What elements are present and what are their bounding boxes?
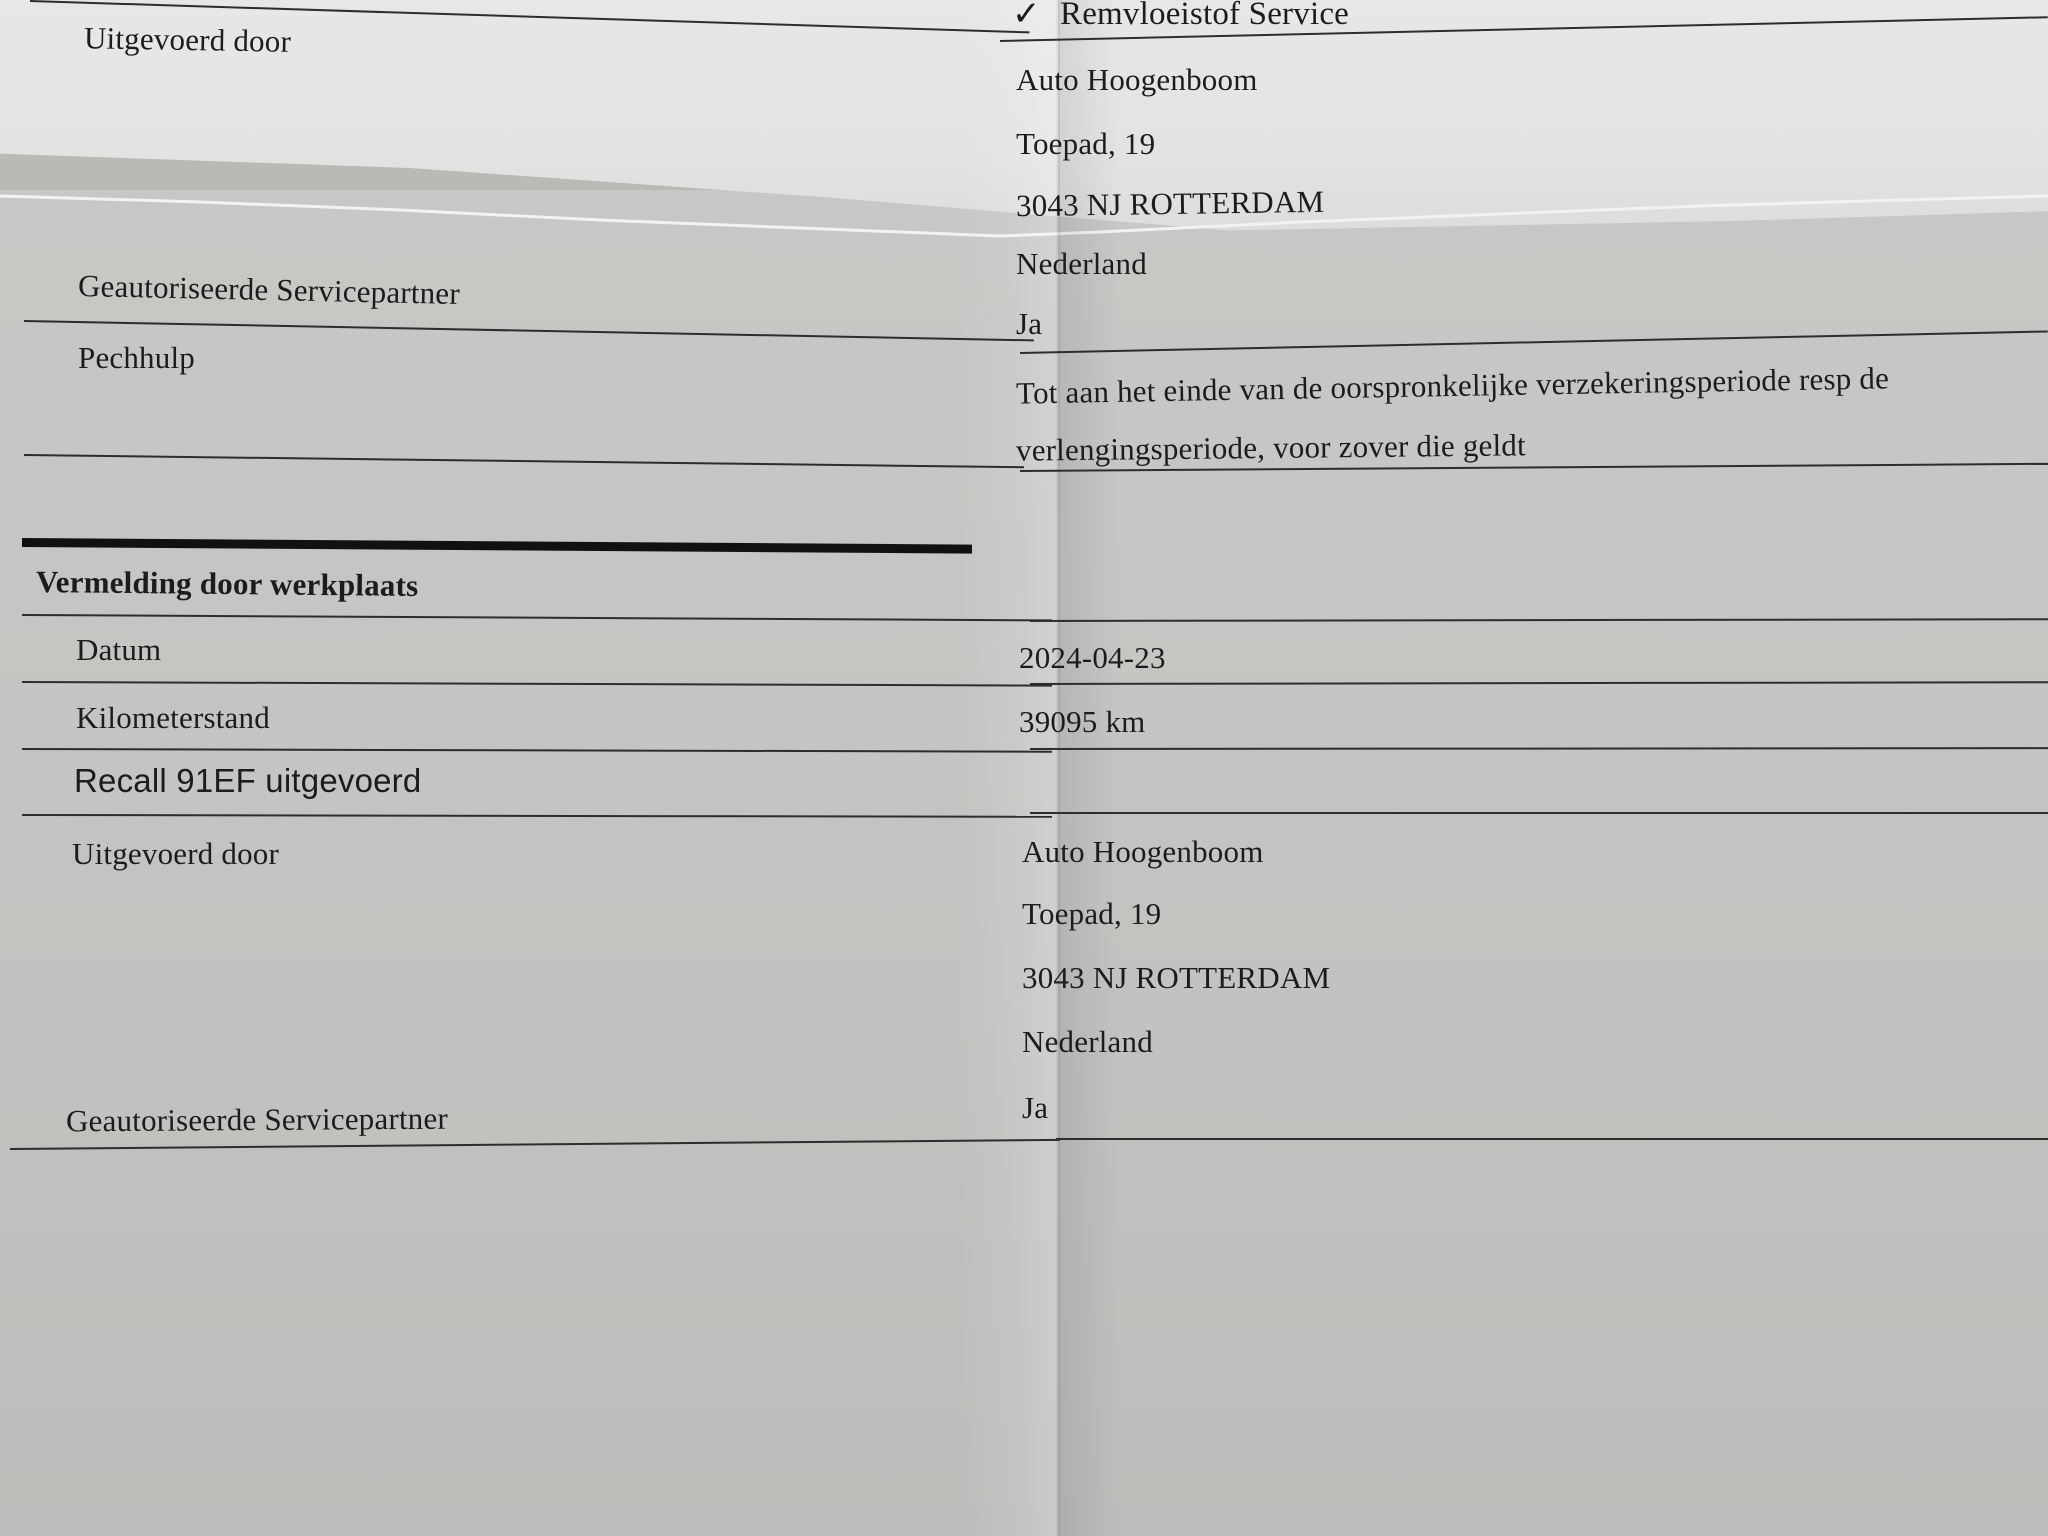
workshop-address-line: Auto Hoogenboom xyxy=(1022,834,1264,870)
recall-label: Recall 91EF uitgevoerd xyxy=(74,762,421,800)
performed-by-address-line: Toepad, 19 xyxy=(1016,126,1155,162)
table-rule xyxy=(10,1139,1060,1150)
odometer-value: 39095 km xyxy=(1019,704,1145,740)
table-rule xyxy=(22,748,1052,753)
odometer-label: Kilometerstand xyxy=(76,700,270,736)
checkmark-icon: ✓ xyxy=(1012,0,1041,34)
roadside-assistance-value-line: Tot aan het einde van de oorspronkelijke… xyxy=(1016,360,1890,411)
table-rule xyxy=(1030,747,2048,750)
roadside-assistance-label: Pechhulp xyxy=(78,340,195,376)
workshop-performed-by-label: Uitgevoerd door xyxy=(72,836,279,872)
performed-by-label: Uitgevoerd door xyxy=(84,20,292,60)
workshop-authorized-partner-label: Geautoriseerde Servicepartner xyxy=(66,1101,448,1140)
workshop-authorized-partner-value: Ja xyxy=(1022,1090,1048,1126)
authorized-partner-label: Geautoriseerde Servicepartner xyxy=(78,268,461,312)
date-label: Datum xyxy=(76,632,161,668)
workshop-section-heading: Vermelding door werkplaats xyxy=(36,564,419,604)
roadside-assistance-value-line: verlengingsperiode, voor zover die geldt xyxy=(1016,427,1526,468)
table-rule xyxy=(1030,681,2048,685)
workshop-address-line: Toepad, 19 xyxy=(1022,896,1161,932)
table-rule xyxy=(22,614,1052,621)
workshop-address-line: Nederland xyxy=(1022,1024,1153,1060)
date-value: 2024-04-23 xyxy=(1019,640,1166,676)
document-page: ✓ Remvloeistof Service Uitgevoerd door A… xyxy=(0,0,2048,1536)
table-rule xyxy=(1030,812,2048,814)
table-rule xyxy=(22,681,1052,687)
table-rule xyxy=(24,320,1034,341)
table-rule xyxy=(24,454,1024,468)
performed-by-address-line: Nederland xyxy=(1016,246,1147,282)
table-rule xyxy=(1056,1138,2048,1140)
workshop-address-line: 3043 NJ ROTTERDAM xyxy=(1022,960,1330,996)
table-rule xyxy=(1020,330,2048,354)
checked-service-label: Remvloeistof Service xyxy=(1060,0,1349,33)
table-rule xyxy=(1030,618,2048,622)
performed-by-address-line: 3043 NJ ROTTERDAM xyxy=(1016,184,1325,224)
table-rule xyxy=(22,814,1052,818)
authorized-partner-value: Ja xyxy=(1016,306,1042,342)
performed-by-address-line: Auto Hoogenboom xyxy=(1016,62,1258,98)
section-divider xyxy=(22,538,972,554)
